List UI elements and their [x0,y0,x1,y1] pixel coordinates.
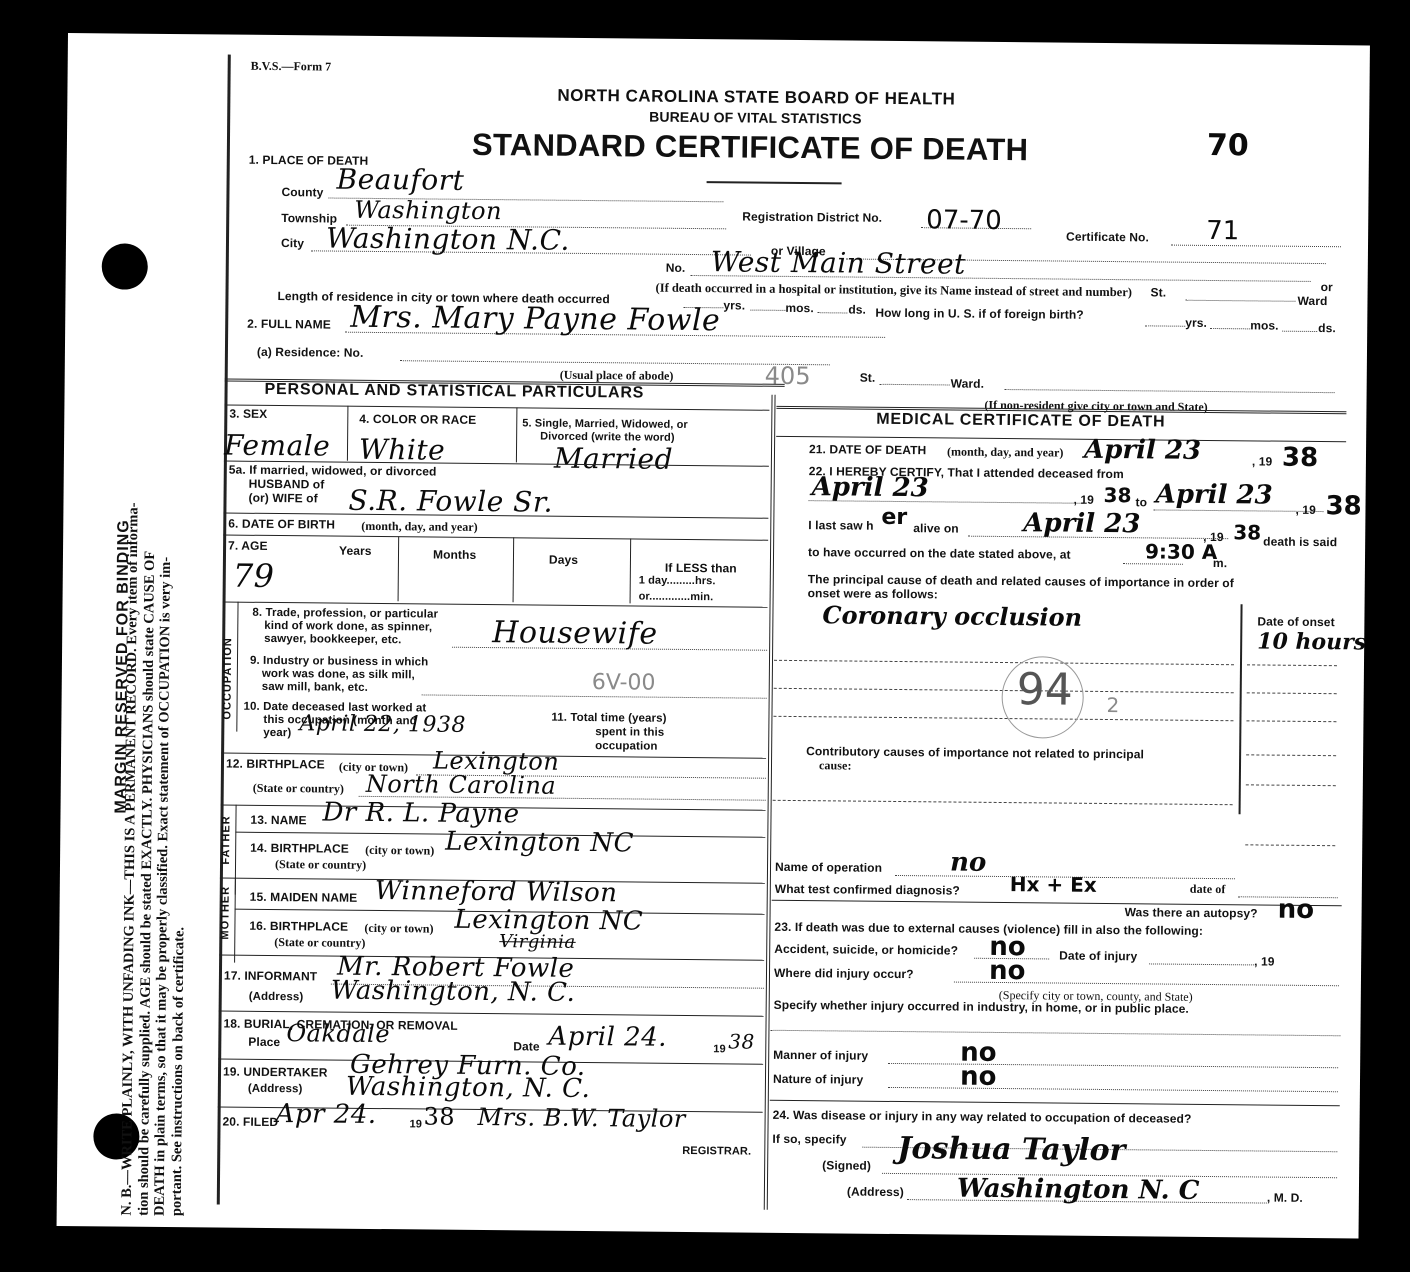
death-certificate-page: MARGIN RESERVED FOR BINDING N. B.—WRITE … [57,33,1370,1238]
full-name-label: 2. FULL NAME [247,317,331,332]
address-label: (Address) [847,1185,904,1200]
birthplace-label: 12. BIRTHPLACE [226,757,325,772]
date-of-death-year-prefix: , 19 [1252,454,1273,468]
mother-name-label: 15. MAIDEN NAME [250,890,358,905]
physician-address: Washington N. C [957,1174,1200,1206]
residence-st-label: St. [860,371,876,385]
last-saw-label: I last saw h [808,518,873,533]
onset-value: 10 hours [1257,628,1366,655]
father-name-value: Dr R. L. Payne [322,797,519,829]
trade-label-1: 8. Trade, profession, or particular [252,607,438,621]
father-name-label: 13. NAME [250,813,306,828]
residence-ds: ds. [848,303,866,317]
filed-label: 20. FILED [222,1115,278,1130]
m-label: m. [1213,556,1227,570]
father-birthplace-label: 14. BIRTHPLACE [250,841,349,856]
binding-hole-top [102,243,148,289]
operation-value: no [950,848,987,878]
mother-side-label: MOTHER [219,886,232,940]
registration-district-label: Registration District No. [742,209,882,224]
title-underline [707,181,842,184]
informant-label: 17. INFORMANT [224,969,317,984]
less-than-label-1: If LESS than [665,561,737,576]
date-of-death-value: April 23 [1084,435,1201,466]
father-birthplace-city-note: (city or town) [365,843,434,859]
age-label: 7. AGE [228,539,268,553]
date-of-death-note: (month, day, and year) [947,444,1063,460]
attended-to-label: to [1135,495,1147,509]
alive-on-label: alive on [913,521,959,535]
residence-yrs: yrs. [723,298,745,312]
industry-label-3: saw mill, bank, etc. [262,681,368,694]
age-months-label: Months [433,548,476,562]
sex-value: Female [224,429,331,463]
operation-date-label: date of [1190,882,1226,897]
last-saw-year: 38 [1233,520,1261,544]
principal-cause-value: Coronary occlusion [822,600,1082,631]
attended-to-year: 38 [1325,491,1361,521]
personal-heading: PERSONAL AND STATISTICAL PARTICULARS [264,381,644,403]
filed-date-value: Apr 24. [275,1099,376,1130]
residence-ward-label: Ward. [951,376,985,390]
autopsy-label: Was there an autopsy? [1125,905,1258,920]
if-so-label: If so, specify [772,1132,846,1147]
stamp-number: 70 [1207,128,1249,163]
mother-birthplace-city-note: (city or town) [364,921,433,937]
certificate-no-label: Certificate No. [1066,230,1149,245]
birthplace-state-note: (State or country) [253,781,344,797]
injury-date-label: Date of injury [1059,949,1137,964]
autopsy-value: no [1277,895,1314,925]
form-title: STANDARD CERTIFICATE OF DEATH [472,127,1029,168]
age-years-label: Years [339,544,372,558]
residence-mos: mos. [785,301,814,315]
total-time-label-1: 11. Total time (years) [551,712,666,725]
race-label: 4. COLOR OR RACE [359,412,476,427]
sex-label: 3. SEX [229,407,267,421]
death-said-label: death is said [1263,534,1337,549]
spouse-label-3: (or) WIFE of [248,491,317,506]
test-label: What test confirmed diagnosis? [775,882,960,898]
injury-year-label: , 19 [1254,954,1275,968]
trade-label-2: kind of work done, as spinner, [264,620,432,634]
city-value: Washington N.C. [326,221,570,256]
age-years-value: 79 [233,557,275,595]
foreign-birth-label: How long in U. S. if of foreign birth? [875,306,1084,322]
last-saw-date-value: April 23 [1023,508,1140,539]
residence-label: (a) Residence: No. [257,345,364,360]
burial-year-prefix: 19 [713,1043,726,1055]
filed-year-prefix: 19 [409,1118,422,1130]
informant-address-label: (Address) [249,991,304,1004]
less-than-label-2: 1 day.........hrs. [639,575,716,588]
street-value: West Main Street [711,245,966,280]
last-saw-pronoun: er [881,505,907,530]
attended-from-year: 38 [1103,483,1131,507]
father-side-label: FATHER [220,815,232,864]
principal-cause-label-2: onset were as follows: [808,586,938,601]
where-value: no [989,956,1026,986]
date-of-onset-label: Date of onset [1257,614,1334,629]
undertaker-label: 19. UNDERTAKER [223,1065,328,1080]
undertaker-address-label: (Address) [248,1083,303,1096]
mother-birthplace-state-note: (State or country) [274,935,365,951]
form-id: B.V.S.—Form 7 [251,59,332,75]
contributory-label-2: cause: [819,758,852,773]
medical-heading: MEDICAL CERTIFICATE OF DEATH [876,411,1165,432]
spouse-label-2: HUSBAND of [249,477,325,492]
industry-label-1: 9. Industry or business in which [250,655,428,669]
foreign-mos: mos. [1250,318,1279,332]
last-worked-label-3: year) [263,727,291,739]
bureau-name: BUREAU OF VITAL STATISTICS [649,109,861,127]
township-value: Washington [354,196,502,225]
burial-date-value: April 24. [548,1022,667,1053]
attended-to-year-prefix: , 19 [1295,503,1316,517]
attended-from-year-prefix: , 19 [1073,493,1094,507]
total-time-label-2: spent in this [595,726,664,739]
dob-note: (month, day, and year) [361,519,477,535]
registration-district-value: 07-70 [926,205,1002,236]
operation-label: Name of operation [775,860,882,875]
nature-value: no [960,1062,997,1092]
dob-label: 6. DATE OF BIRTH [228,517,335,532]
manner-label: Manner of injury [773,1048,868,1063]
mother-birthplace-label: 16. BIRTHPLACE [249,919,348,934]
physician-signature: Joshua Taylor [897,1131,1125,1168]
attended-from-value: April 23 [812,472,929,503]
occupation-side-label: OCCUPATION [221,637,234,719]
age-days-label: Days [549,553,578,567]
nature-label: Nature of injury [773,1072,863,1087]
test-value: Hx + Ex [1010,872,1097,897]
trade-label-3: sawyer, bookkeeper, etc. [264,633,401,646]
last-worked-value: April 22, 1938 [299,711,466,738]
marital-label-1: 5. Single, Married, Widowed, or [522,417,688,431]
time-of-death-value: 9:30 A [1145,539,1217,564]
father-birthplace-state-note: (State or country) [275,857,366,873]
city-label: City [281,236,304,250]
signed-label: (Signed) [822,1158,871,1172]
md-label: , M. D. [1267,1191,1303,1205]
mother-name-value: Winneford Wilson [375,876,618,908]
form-left-border [217,55,231,1205]
filed-year-value: 38 [423,1102,455,1130]
father-birthplace-value: Lexington NC [445,827,634,859]
code-suffix: 2 [1106,693,1119,717]
accident-label: Accident, suicide, or homicide? [774,942,958,958]
date-of-death-label: 21. DATE OF DEATH [809,442,926,457]
ward-label: Ward [1297,294,1327,308]
margin-instructions: N. B.—WRITE PLAINLY, WITH UNFADING INK—T… [119,502,192,1216]
foreign-ds: ds. [1318,321,1336,335]
industry-place-label: Specify whether injury occurred in indus… [774,998,1189,1016]
contributory-label-1: Contributory causes of importance not re… [806,744,1144,761]
st-label: St. [1150,285,1166,299]
mother-birthplace-struck: Virginia [499,931,576,953]
circled-code-value: 94 [1016,664,1072,716]
date-of-death-year: 38 [1282,443,1318,473]
occupation-related-label: 24. Was disease or injury in any way rel… [773,1108,1192,1126]
total-time-label-3: occupation [595,740,657,753]
full-name-value: Mrs. Mary Payne Fowle [350,300,720,339]
burial-place-value: Oakdale [286,1019,390,1048]
informant-address-value: Washington, N. C. [331,976,576,1008]
certificate-no-value: 71 [1206,216,1239,246]
county-label: County [281,185,323,199]
trade-value: Housewife [492,615,658,652]
street-no-label: No. [666,261,686,275]
industry-code: 6V-00 [592,670,656,696]
or-label: or [1321,280,1333,294]
registrar-label: REGISTRAR. [682,1145,751,1158]
undertaker-address-value: Washington, N. C. [346,1072,591,1104]
agency-name: NORTH CAROLINA STATE BOARD OF HEALTH [557,86,955,110]
less-than-label-3: or.............min. [639,591,714,604]
occurred-label: to have occurred on the date stated abov… [808,545,1071,562]
county-value: Beaufort [336,163,464,197]
burial-year-value: 38 [728,1029,755,1053]
attended-to-value: April 23 [1155,479,1272,510]
industry-label-2: work was done, as silk mill, [262,668,415,681]
burial-place-label: Place [248,1035,280,1049]
birthplace-state-value: North Carolina [366,770,557,800]
foreign-yrs: yrs. [1185,316,1207,330]
registrar-name: Mrs. B.W. Taylor [477,1103,685,1133]
where-label: Where did injury occur? [774,966,914,981]
hospital-note: (If death occurred in a hospital or inst… [656,281,1133,301]
marital-value: Married [554,442,673,476]
